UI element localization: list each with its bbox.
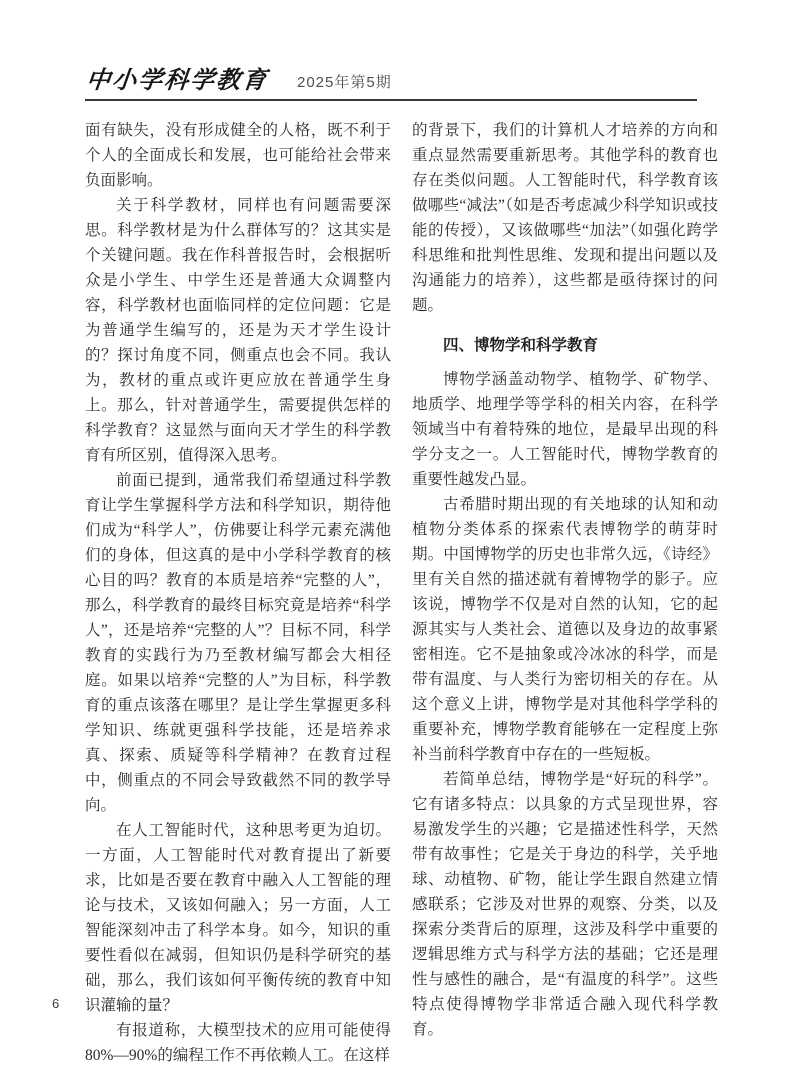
article-body: 面有缺失，没有形成健全的人格，既不利于个人的全面成长和发展，也可能给社会带来负面… bbox=[85, 118, 718, 1068]
left-column: 面有缺失，没有形成健全的人格，既不利于个人的全面成长和发展，也可能给社会带来负面… bbox=[85, 118, 391, 1068]
paragraph: 前面已提到，通常我们希望通过科学教育让学生掌握科学方法和科学知识，期待他们成为“… bbox=[85, 468, 391, 818]
paragraph: 博物学涵盖动物学、植物学、矿物学、地质学、地理学等学科的相关内容，在科学领域当中… bbox=[412, 367, 718, 492]
header-rule bbox=[85, 99, 697, 101]
header-row: 中小学科学教育 2025年第5期 bbox=[85, 58, 718, 92]
paragraph: 在人工智能时代，这种思考更为迫切。一方面，人工智能时代对教育提出了新要求，比如是… bbox=[85, 818, 391, 1018]
paragraph: 古希腊时期出现的有关地球的认知和动植物分类体系的探索代表博物学的萌芽时期。中国博… bbox=[412, 492, 718, 767]
page-number: 6 bbox=[52, 996, 59, 1011]
page-header: 中小学科学教育 2025年第5期 bbox=[85, 58, 718, 101]
paragraph-continuation: 的背景下，我们的计算机人才培养的方向和重点显然需要重新思考。其他学科的教育也存在… bbox=[412, 118, 718, 318]
paragraph: 有报道称，大模型技术的应用可能使得80%—90%的编程工作不再依赖人工。在这样 bbox=[85, 1018, 391, 1068]
paragraph: 关于科学教材，同样也有问题需要深思。科学教材是为什么群体写的？这其实是个关键问题… bbox=[85, 193, 391, 468]
section-heading: 四、博物学和科学教育 bbox=[412, 333, 718, 358]
paragraph-continuation: 面有缺失，没有形成健全的人格，既不利于个人的全面成长和发展，也可能给社会带来负面… bbox=[85, 118, 391, 193]
page-content: 中小学科学教育 2025年第5期 面有缺失，没有形成健全的人格，既不利于个人的全… bbox=[85, 58, 718, 1068]
paragraph: 若简单总结，博物学是“好玩的科学”。它有诸多特点：以具象的方式呈现世界，容易激发… bbox=[412, 767, 718, 1042]
right-column: 的背景下，我们的计算机人才培养的方向和重点显然需要重新思考。其他学科的教育也存在… bbox=[412, 118, 718, 1068]
journal-logo: 中小学科学教育 bbox=[85, 68, 270, 92]
journal-page: 中小学科学教育 2025年第5期 面有缺失，没有形成健全的人格，既不利于个人的全… bbox=[0, 0, 800, 1077]
issue-label: 2025年第5期 bbox=[297, 75, 392, 92]
